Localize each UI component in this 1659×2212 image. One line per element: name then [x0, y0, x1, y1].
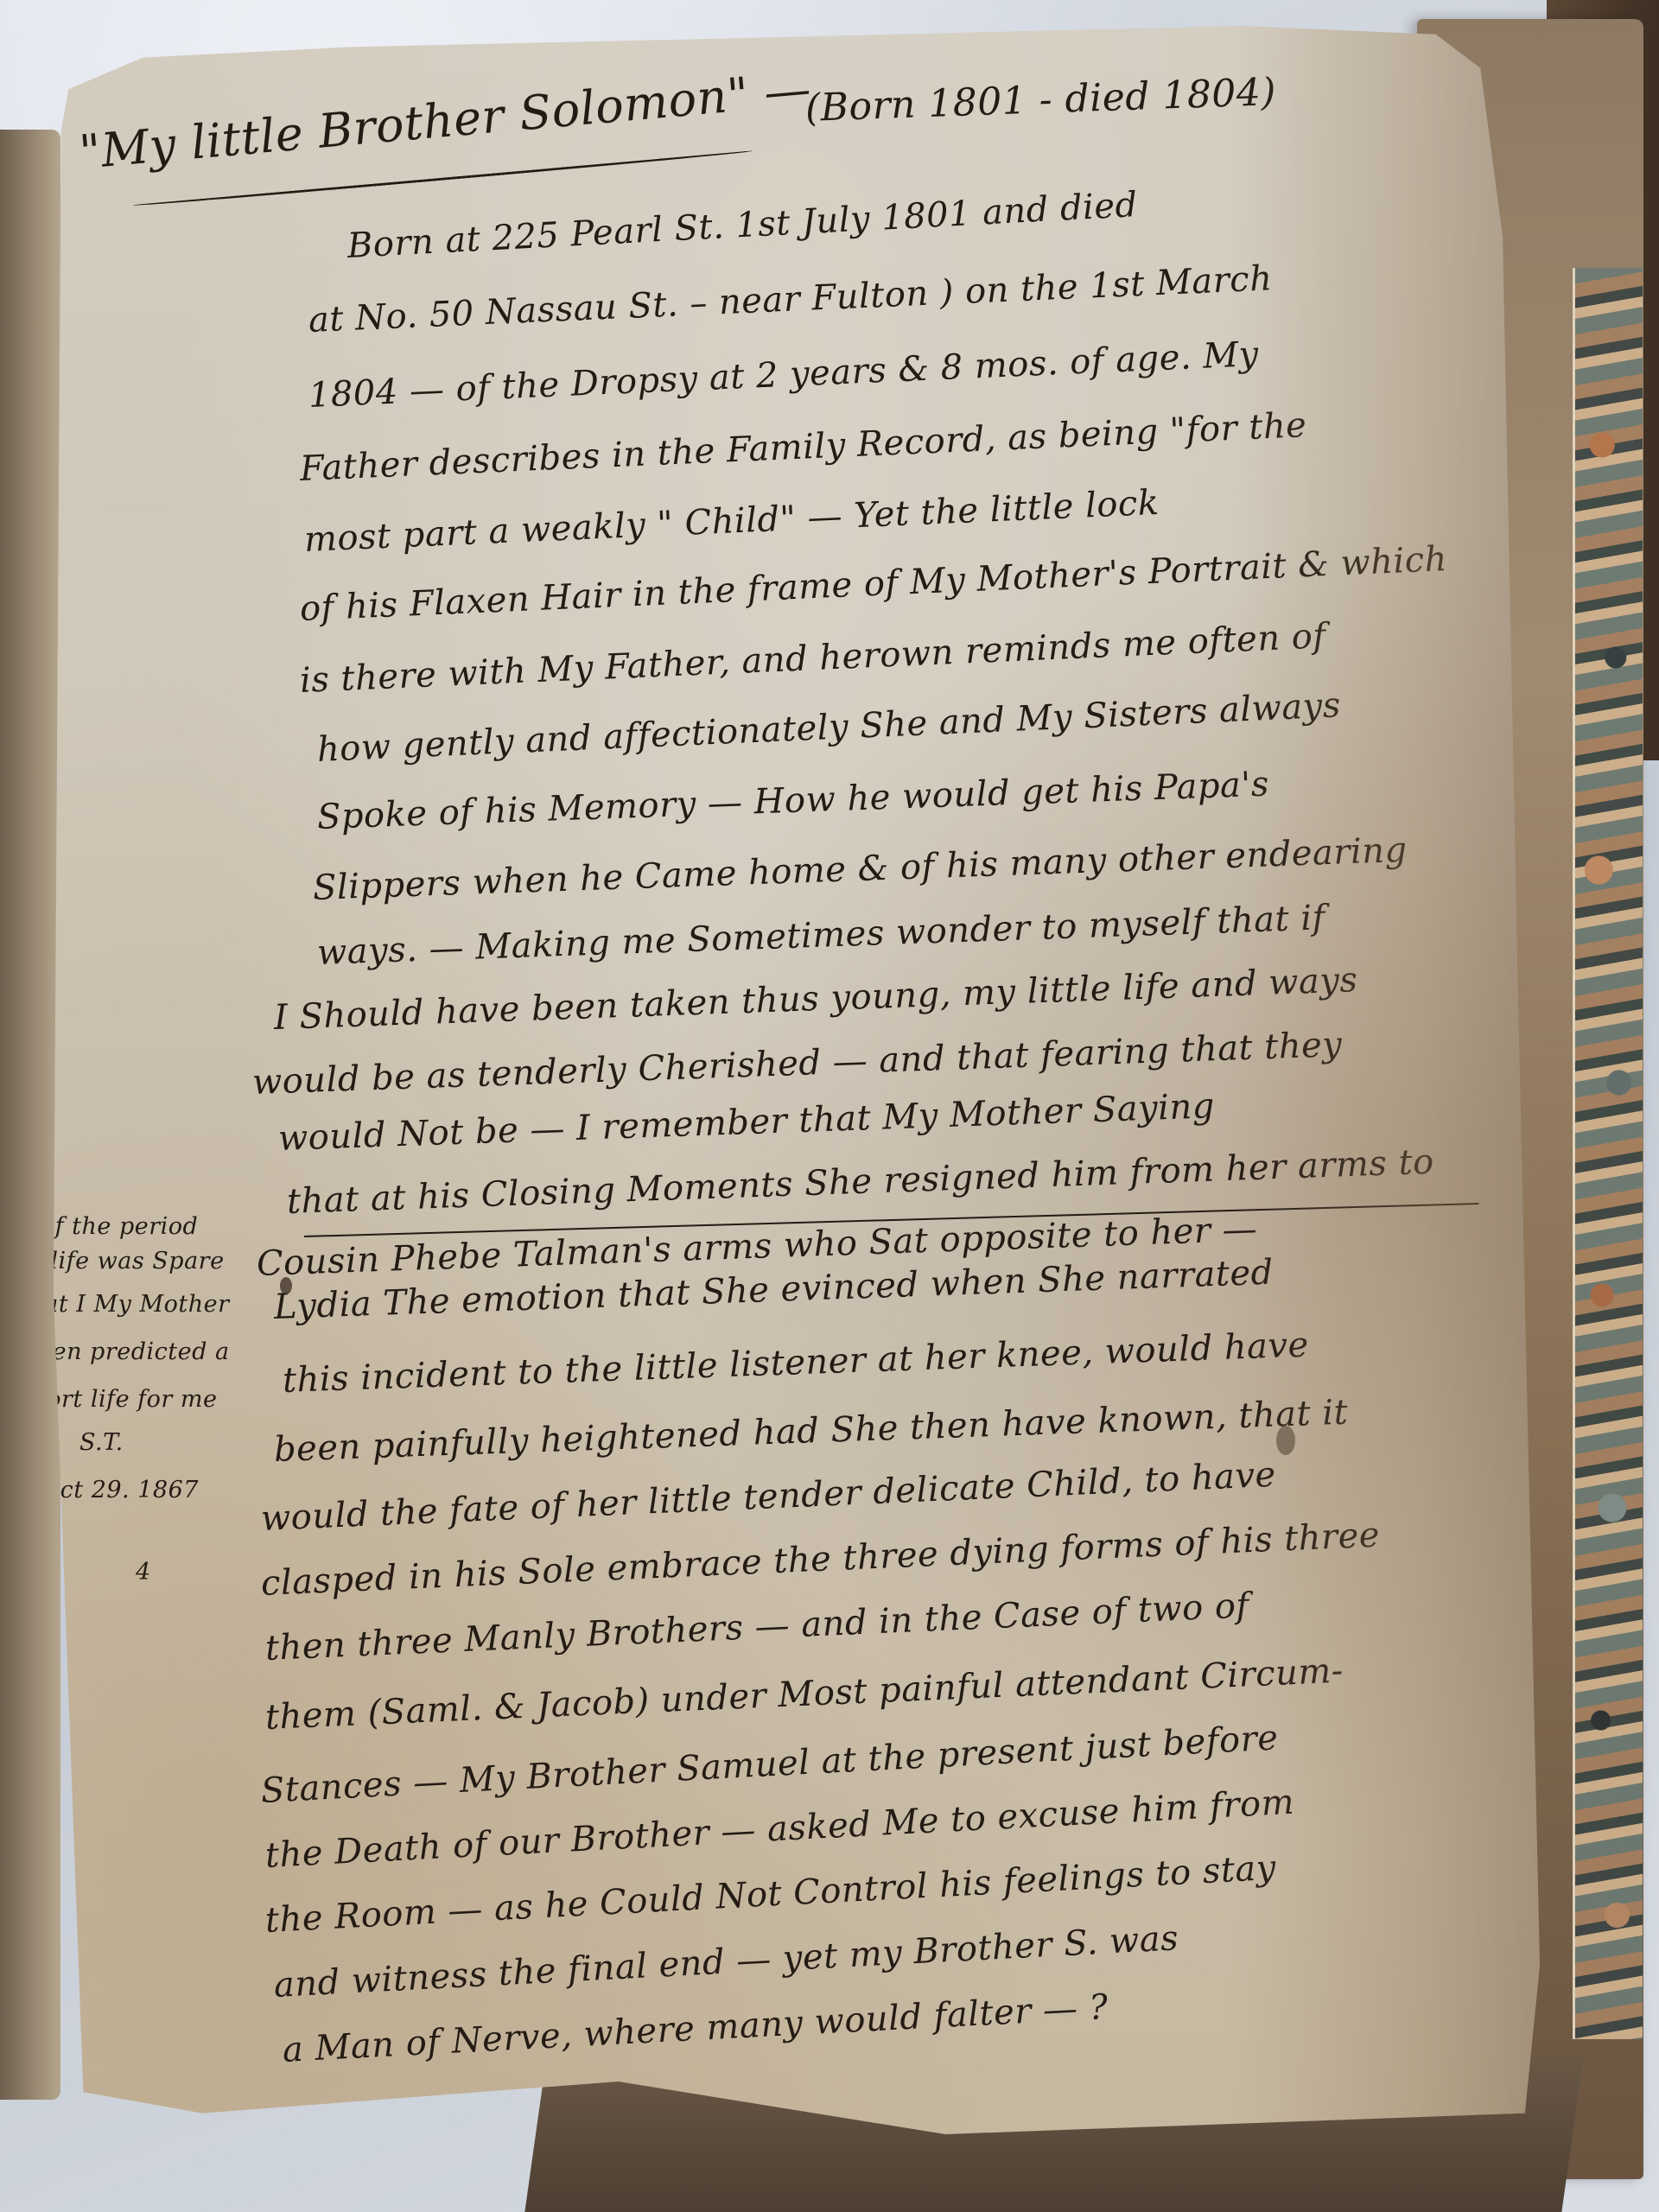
body-line: Slippers when he Came home & of his many… — [312, 830, 1408, 908]
body-line: Spoke of his Memory — How he would get h… — [316, 765, 1269, 837]
body-line: most part a weakly " Child" — Yet the li… — [303, 483, 1160, 560]
body-line: then three Manly Brothers — and in the C… — [264, 1586, 1250, 1669]
manuscript-page: "My little Brother Solomon" — (Born 1801… — [54, 26, 1540, 2134]
body-line: how gently and affectionately She and My… — [316, 685, 1342, 770]
page-heading: "My little Brother Solomon" — — [77, 61, 813, 180]
body-line: that at his Closing Moments She resigned… — [286, 1142, 1434, 1222]
body-line: is there with My Father, and herown remi… — [299, 616, 1327, 701]
body-line: ways. — Making me Sometimes wonder to my… — [316, 898, 1325, 973]
marbled-cover-edge — [1573, 268, 1643, 2039]
ink-blot — [280, 1277, 292, 1294]
body-line: would Not be — I remember that My Mother… — [277, 1086, 1215, 1159]
body-line: a Man of Nerve, where many would falter … — [282, 1987, 1109, 2070]
body-line: 1804 — of the Dropsy at 2 years & 8 mos.… — [308, 334, 1260, 416]
body-line: Born at 225 Pearl St. 1st July 1801 and … — [346, 185, 1139, 266]
body-line: Father describes in the Family Record, a… — [299, 405, 1307, 489]
previous-leaf-edge — [0, 130, 60, 2100]
body-line: this incident to the little listener at … — [282, 1325, 1309, 1401]
margin-note-initials: S.T. — [79, 1426, 124, 1460]
ink-blot — [1276, 1426, 1295, 1455]
heading-annotation: (Born 1801 - died 1804) — [804, 70, 1277, 130]
body-line: of his Flaxen Hair in the frame of My Mo… — [299, 539, 1448, 629]
body-line: at No. 50 Nassau St. – near Fulton ) on … — [308, 258, 1273, 340]
body-line: I Should have been taken thus young, my … — [273, 960, 1358, 1038]
margin-note-date: Oct 29. 1867 — [41, 1473, 199, 1508]
margin-note-number: 4 — [136, 1555, 151, 1590]
